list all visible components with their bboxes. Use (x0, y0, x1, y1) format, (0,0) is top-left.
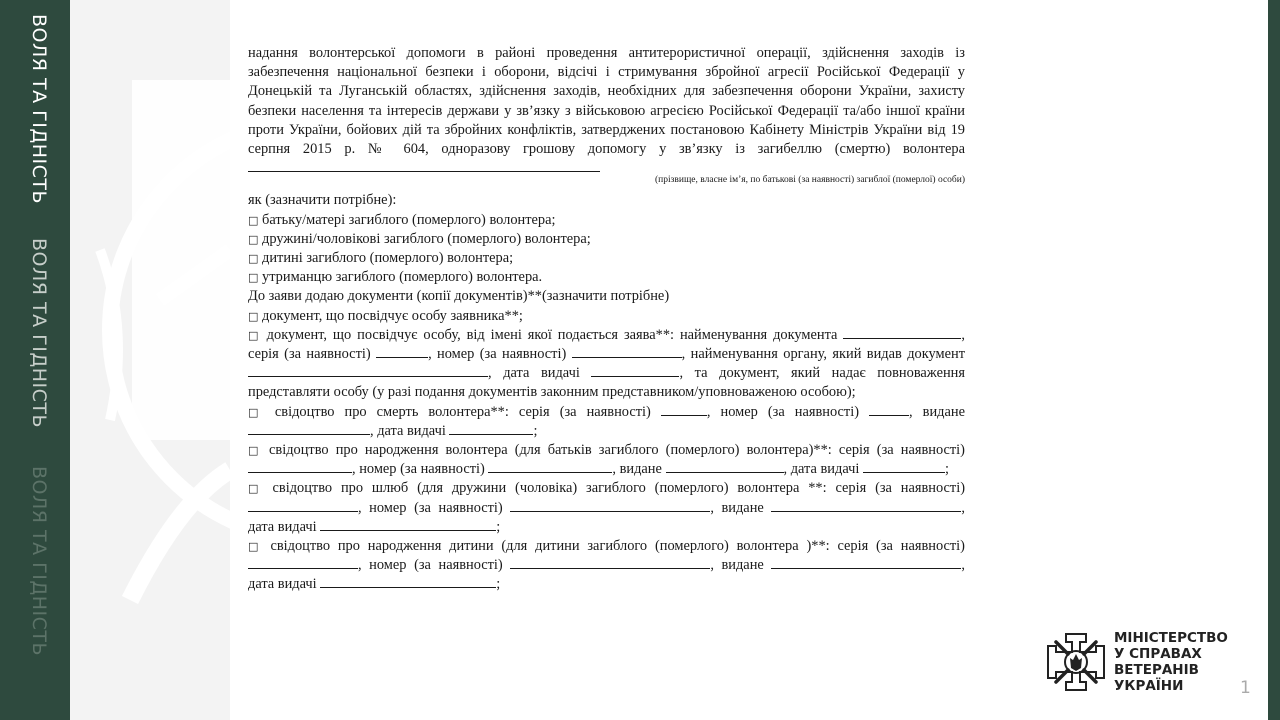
checkbox-icon[interactable]: □ (248, 310, 258, 323)
series-field[interactable] (248, 499, 358, 512)
issue-date-field[interactable] (320, 518, 496, 531)
number-field[interactable] (510, 556, 710, 569)
issue-date-field[interactable] (863, 460, 945, 473)
as-label: як (зазначити потрібне): (248, 191, 965, 210)
issuing-authority-field[interactable] (248, 364, 488, 377)
issue-date-field[interactable] (449, 422, 533, 435)
emblem-watermark-icon (70, 0, 230, 720)
checkbox-icon[interactable]: □ (248, 540, 263, 553)
slogan-faded: ВОЛЯ ТА ГІДНІСТЬ (28, 466, 50, 656)
deceased-name-field[interactable] (248, 159, 600, 172)
number-field[interactable] (869, 403, 909, 416)
marriage-cert-option: □ свідоцтво про шлюб (для дружини (чолов… (248, 479, 965, 537)
recipient-option: □ батьку/матері загиблого (померлого) во… (248, 211, 965, 230)
number-field[interactable] (488, 460, 612, 473)
attach-label: До заяви додаю документи (копії документ… (248, 287, 965, 306)
checkbox-icon[interactable]: □ (248, 444, 262, 457)
issued-by-field[interactable] (248, 422, 370, 435)
ministry-logo: МІНІСТЕРСТВО У СПРАВАХ ВЕТЕРАНІВ УКРАЇНИ (1044, 630, 1234, 694)
series-field[interactable] (248, 556, 358, 569)
checkbox-icon[interactable]: □ (248, 252, 258, 265)
checkbox-icon[interactable]: □ (248, 271, 258, 284)
left-brand-bar: ВОЛЯ ТА ГІДНІСТЬ ВОЛЯ ТА ГІДНІСТЬ ВОЛЯ Т… (0, 0, 70, 720)
series-field[interactable] (661, 403, 707, 416)
application-form-body: надання волонтерської допомоги в районі … (248, 44, 965, 595)
birth-cert-volunteer-option: □ свідоцтво про народження волонтера (дл… (248, 441, 965, 479)
recipient-option: □ дружині/чоловікові загиблого (померлог… (248, 230, 965, 249)
doc-representative-option: □ документ, що посвідчує особу, від імен… (248, 326, 965, 403)
checkbox-icon[interactable]: □ (248, 406, 265, 419)
slogan-primary: ВОЛЯ ТА ГІДНІСТЬ (28, 14, 50, 204)
series-field[interactable] (376, 345, 428, 358)
recipient-option: □ утриманцю загиблого (померлого) волонт… (248, 268, 965, 287)
checkbox-icon[interactable]: □ (248, 214, 258, 227)
issue-date-field[interactable] (320, 575, 496, 588)
right-brand-bar (1268, 0, 1280, 720)
emblem-watermark (70, 0, 230, 720)
issued-by-field[interactable] (666, 460, 784, 473)
ministry-name: МІНІСТЕРСТВО У СПРАВАХ ВЕТЕРАНІВ УКРАЇНИ (1114, 630, 1228, 694)
issued-by-field[interactable] (771, 499, 961, 512)
number-field[interactable] (572, 345, 682, 358)
death-cert-option: □ свідоцтво про смерть волонтера**: сері… (248, 403, 965, 441)
issued-by-field[interactable] (771, 556, 961, 569)
intro-paragraph: надання волонтерської допомоги в районі … (248, 44, 965, 178)
recipient-option: □ дитині загиблого (померлого) волонтера… (248, 249, 965, 268)
checkbox-icon[interactable]: □ (248, 329, 261, 342)
intro-text: надання волонтерської допомоги в районі … (248, 45, 965, 157)
checkbox-icon[interactable]: □ (248, 233, 258, 246)
birth-cert-child-option: □ свідоцтво про народження дитини (для д… (248, 537, 965, 595)
page-number: 1 (1240, 678, 1251, 698)
issue-date-field[interactable] (591, 364, 679, 377)
slogan-secondary: ВОЛЯ ТА ГІДНІСТЬ (28, 238, 50, 428)
document-name-field[interactable] (843, 326, 961, 339)
doc-applicant-option: □ документ, що посвідчує особу заявника*… (248, 307, 965, 326)
series-field[interactable] (248, 460, 352, 473)
ministry-emblem-icon (1044, 630, 1108, 694)
checkbox-icon[interactable]: □ (248, 482, 264, 495)
number-field[interactable] (510, 499, 710, 512)
